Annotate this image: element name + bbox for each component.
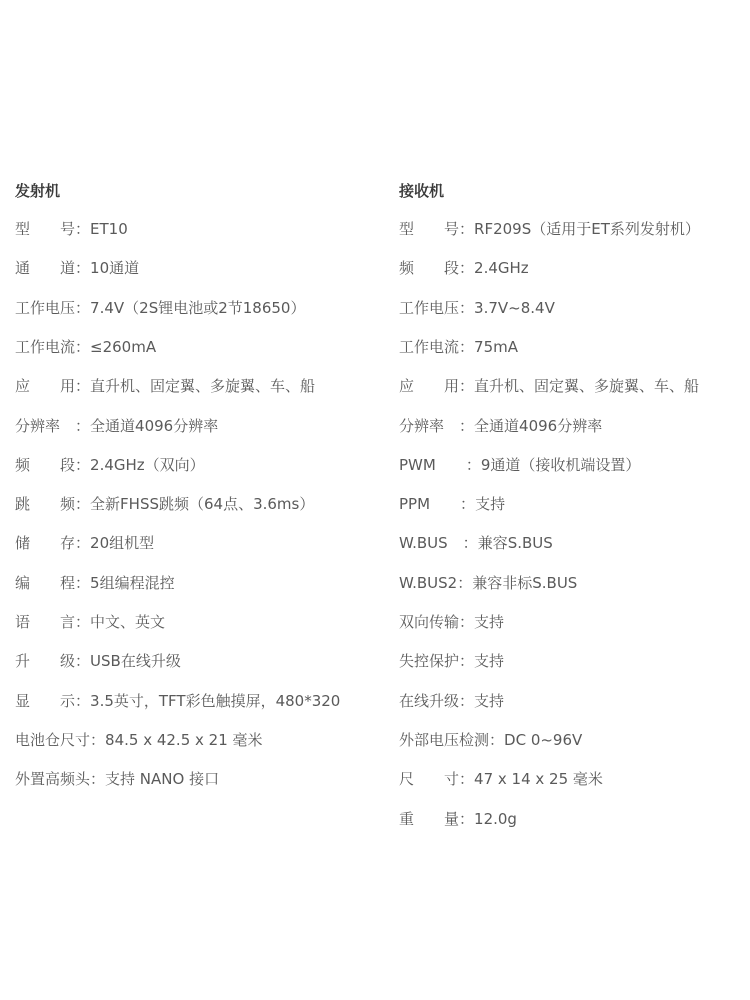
- spec-value: 3.5英寸，TFT彩色触摸屏，480*320: [90, 692, 340, 710]
- spec-value: 全新FHSS跳频（64点、3.6ms）: [90, 495, 314, 513]
- transmitter-spec-row: 工作电压：7.4V（2S锂电池或2节18650）: [15, 298, 305, 318]
- spec-label: 失控保护: [399, 651, 459, 671]
- spec-separator: ：: [90, 769, 105, 789]
- spec-label: 尺 寸: [399, 769, 459, 789]
- spec-separator: ：: [75, 455, 90, 475]
- spec-label: 型 号: [15, 219, 75, 239]
- receiver-spec-row: W.BUS ：兼容S.BUS: [399, 533, 553, 553]
- spec-separator: ：: [489, 730, 504, 750]
- receiver-spec-row: 应 用：直升机、固定翼、多旋翼、车、船: [399, 376, 699, 396]
- spec-value: USB在线升级: [90, 652, 181, 670]
- spec-label: PPM: [399, 494, 460, 514]
- spec-value: 20组机型: [90, 534, 154, 552]
- spec-separator: ：: [459, 691, 474, 711]
- spec-separator: ：: [75, 691, 90, 711]
- spec-separator: ：: [459, 809, 474, 829]
- transmitter-spec-row: 编 程：5组编程混控: [15, 573, 175, 593]
- spec-value: 2.4GHz: [474, 259, 529, 277]
- receiver-spec-row: 频 段：2.4GHz: [399, 258, 529, 278]
- spec-label: 编 程: [15, 573, 75, 593]
- spec-separator: ：: [460, 494, 475, 514]
- transmitter-spec-row: 电池仓尺寸：84.5 x 42.5 x 21 毫米: [15, 730, 263, 750]
- receiver-spec-row: 外部电压检测：DC 0~96V: [399, 730, 582, 750]
- spec-label: 型 号: [399, 219, 459, 239]
- spec-value: 支持: [474, 613, 504, 631]
- spec-separator: ：: [459, 298, 474, 318]
- transmitter-spec-row: 跳 频：全新FHSS跳频（64点、3.6ms）: [15, 494, 314, 514]
- spec-label: 电池仓尺寸: [15, 730, 90, 750]
- spec-separator: ：: [459, 416, 474, 436]
- spec-separator: ：: [75, 376, 90, 396]
- spec-label: 外置高频头: [15, 769, 90, 789]
- spec-value: 10通道: [90, 259, 139, 277]
- spec-label: 储 存: [15, 533, 75, 553]
- spec-separator: ：: [463, 533, 478, 553]
- spec-separator: ：: [459, 376, 474, 396]
- spec-label: W.BUS: [399, 533, 463, 553]
- spec-label: 分辨率: [399, 416, 459, 436]
- receiver-spec-row: 工作电流：75mA: [399, 337, 518, 357]
- spec-separator: ：: [459, 258, 474, 278]
- spec-label: 外部电压检测: [399, 730, 489, 750]
- receiver-spec-row: 尺 寸：47 x 14 x 25 毫米: [399, 769, 603, 789]
- transmitter-spec-row: 应 用：直升机、固定翼、多旋翼、车、船: [15, 376, 315, 396]
- spec-label: 工作电压: [15, 298, 75, 318]
- transmitter-spec-row: 频 段：2.4GHz（双向）: [15, 455, 205, 475]
- spec-value: 中文、英文: [90, 613, 165, 631]
- spec-value: 支持: [474, 692, 504, 710]
- spec-label: 跳 频: [15, 494, 75, 514]
- spec-separator: ：: [459, 337, 474, 357]
- transmitter-spec-row: 通 道：10通道: [15, 258, 139, 278]
- spec-separator: ：: [459, 769, 474, 789]
- spec-value: 支持: [475, 495, 505, 513]
- spec-separator: ：: [75, 416, 90, 436]
- spec-label: 应 用: [15, 376, 75, 396]
- spec-value: ≤260mA: [90, 338, 156, 356]
- spec-value: 75mA: [474, 338, 518, 356]
- spec-separator: ：: [75, 258, 90, 278]
- receiver-spec-row: PPM ：支持: [399, 494, 505, 514]
- receiver-spec-row: 双向传输：支持: [399, 612, 504, 632]
- spec-value: ET10: [90, 220, 128, 238]
- receiver-spec-row: 分辨率 ：全通道4096分辨率: [399, 416, 602, 436]
- spec-separator: ：: [75, 612, 90, 632]
- receiver-spec-row: 在线升级：支持: [399, 691, 504, 711]
- transmitter-spec-row: 升 级：USB在线升级: [15, 651, 181, 671]
- receiver-spec-row: 失控保护：支持: [399, 651, 504, 671]
- spec-label: 工作电压: [399, 298, 459, 318]
- spec-label: 分辨率: [15, 416, 75, 436]
- spec-value: 兼容S.BUS: [478, 534, 553, 552]
- spec-label: 工作电流: [399, 337, 459, 357]
- spec-value: 47 x 14 x 25 毫米: [474, 770, 603, 788]
- spec-value: 9通道（接收机端设置）: [481, 456, 641, 474]
- spec-separator: ：: [459, 651, 474, 671]
- spec-label: 语 言: [15, 612, 75, 632]
- spec-separator: ：: [90, 730, 105, 750]
- transmitter-spec-row: 型 号：ET10: [15, 219, 128, 239]
- spec-value: 支持 NANO 接口: [105, 770, 219, 788]
- spec-separator: ：: [466, 455, 481, 475]
- spec-value: 直升机、固定翼、多旋翼、车、船: [90, 377, 315, 395]
- transmitter-spec-row: 语 言：中文、英文: [15, 612, 165, 632]
- spec-label: 应 用: [399, 376, 459, 396]
- spec-label: 频 段: [15, 455, 75, 475]
- spec-separator: ：: [75, 573, 90, 593]
- spec-value: 7.4V（2S锂电池或2节18650）: [90, 299, 305, 317]
- spec-value: 5组编程混控: [90, 574, 175, 592]
- spec-label: 频 段: [399, 258, 459, 278]
- spec-value: 84.5 x 42.5 x 21 毫米: [105, 731, 262, 749]
- spec-separator: ：: [75, 298, 90, 318]
- spec-separator: ：: [75, 337, 90, 357]
- receiver-spec-row: PWM ：9通道（接收机端设置）: [399, 455, 640, 475]
- spec-value: 12.0g: [474, 810, 517, 828]
- spec-label: 通 道: [15, 258, 75, 278]
- spec-separator: ：: [459, 219, 474, 239]
- spec-value: 兼容非标S.BUS: [472, 574, 577, 592]
- spec-value: 直升机、固定翼、多旋翼、车、船: [474, 377, 699, 395]
- transmitter-spec-row: 分辨率 ：全通道4096分辨率: [15, 416, 218, 436]
- spec-value: 全通道4096分辨率: [474, 417, 602, 435]
- spec-separator: ：: [75, 533, 90, 553]
- spec-label: 重 量: [399, 809, 459, 829]
- transmitter-spec-row: 储 存：20组机型: [15, 533, 154, 553]
- receiver-spec-row: 重 量：12.0g: [399, 809, 517, 829]
- spec-separator: ：: [459, 612, 474, 632]
- transmitter-spec-row: 工作电流：≤260mA: [15, 337, 156, 357]
- spec-separator: ：: [457, 573, 472, 593]
- receiver-spec-row: 工作电压：3.7V~8.4V: [399, 298, 555, 318]
- receiver-spec-row: W.BUS2：兼容非标S.BUS: [399, 573, 577, 593]
- spec-value: 2.4GHz（双向）: [90, 456, 205, 474]
- spec-label: 在线升级: [399, 691, 459, 711]
- spec-value: 全通道4096分辨率: [90, 417, 218, 435]
- spec-label: W.BUS2: [399, 573, 457, 593]
- spec-label: 显 示: [15, 691, 75, 711]
- transmitter-spec-row: 外置高频头：支持 NANO 接口: [15, 769, 219, 789]
- receiver-heading: 接收机: [399, 180, 444, 201]
- spec-value: RF209S（适用于ET系列发射机）: [474, 220, 700, 238]
- spec-label: PWM: [399, 455, 466, 475]
- transmitter-heading: 发射机: [15, 180, 60, 201]
- spec-value: 支持: [474, 652, 504, 670]
- transmitter-spec-row: 显 示：3.5英寸，TFT彩色触摸屏，480*320: [15, 691, 340, 711]
- spec-value: 3.7V~8.4V: [474, 299, 555, 317]
- spec-separator: ：: [75, 219, 90, 239]
- spec-separator: ：: [75, 651, 90, 671]
- spec-label: 升 级: [15, 651, 75, 671]
- spec-value: DC 0~96V: [504, 731, 582, 749]
- spec-separator: ：: [75, 494, 90, 514]
- spec-label: 双向传输: [399, 612, 459, 632]
- spec-label: 工作电流: [15, 337, 75, 357]
- receiver-spec-row: 型 号：RF209S（适用于ET系列发射机）: [399, 219, 700, 239]
